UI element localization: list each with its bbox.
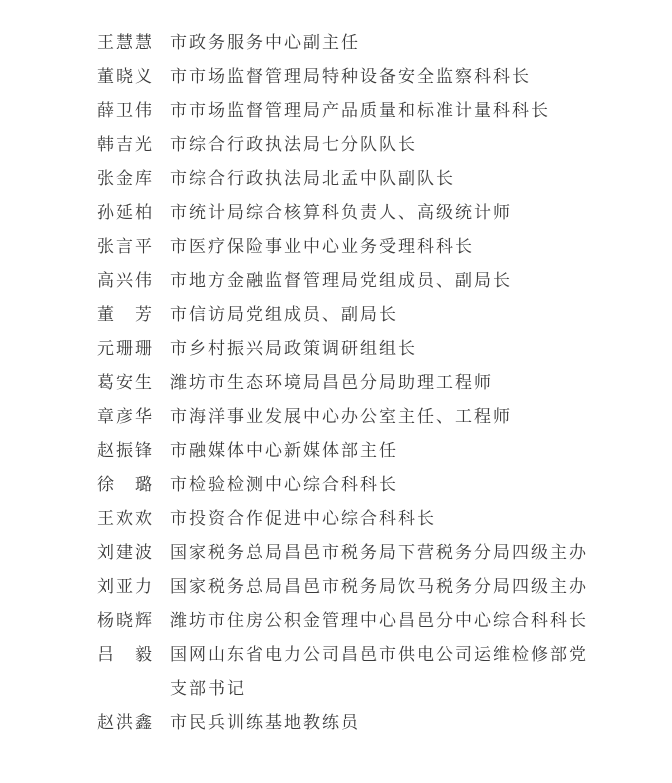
person-name: 元珊珊	[97, 332, 154, 366]
person-name: 刘亚力	[97, 570, 154, 604]
person-name: 赵振锋	[97, 434, 154, 468]
person-name: 高兴伟	[97, 264, 154, 298]
person-title: 市统计局综合核算科负责人、高级统计师	[170, 196, 594, 230]
person-title: 市融媒体中心新媒体部主任	[170, 434, 594, 468]
person-title: 国家税务总局昌邑市税务局饮马税务分局四级主办	[170, 570, 594, 604]
person-name: 董晓义	[97, 60, 154, 94]
person-title: 市医疗保险事业中心业务受理科科长	[170, 230, 594, 264]
person-title: 市市场监督管理局特种设备安全监察科科长	[170, 60, 594, 94]
person-title: 市地方金融监督管理局党组成员、副局长	[170, 264, 594, 298]
person-title: 市市场监督管理局产品质量和标准计量科科长	[170, 94, 594, 128]
person-name: 孙延柏	[97, 196, 154, 230]
person-title: 市综合行政执法局七分队队长	[170, 128, 594, 162]
person-title: 市综合行政执法局北孟中队副队长	[170, 162, 594, 196]
list-item: 章彦华 市海洋事业发展中心办公室主任、工程师	[97, 400, 597, 434]
list-item: 王欢欢 市投资合作促进中心综合科科长	[97, 502, 597, 536]
list-item: 董 芳 市信访局党组成员、副局长	[97, 298, 597, 332]
list-item: 徐 璐 市检验检测中心综合科科长	[97, 468, 597, 502]
list-item: 张金库 市综合行政执法局北孟中队副队长	[97, 162, 597, 196]
person-name: 徐 璐	[97, 468, 154, 502]
list-item: 张言平 市医疗保险事业中心业务受理科科长	[97, 230, 597, 264]
person-name: 董 芳	[97, 298, 154, 332]
person-title: 潍坊市生态环境局昌邑分局助理工程师	[170, 366, 594, 400]
person-title: 市海洋事业发展中心办公室主任、工程师	[170, 400, 594, 434]
person-title: 市乡村振兴局政策调研组组长	[170, 332, 594, 366]
person-name: 杨晓辉	[97, 604, 154, 638]
list-item: 吕 毅 国网山东省电力公司昌邑市供电公司运维检修部党支部书记	[97, 638, 597, 706]
person-name: 赵洪鑫	[97, 706, 154, 740]
person-title: 潍坊市住房公积金管理中心昌邑分中心综合科科长	[170, 604, 594, 638]
person-title: 市政务服务中心副主任	[170, 26, 594, 60]
list-item: 刘亚力 国家税务总局昌邑市税务局饮马税务分局四级主办	[97, 570, 597, 604]
list-item: 葛安生 潍坊市生态环境局昌邑分局助理工程师	[97, 366, 597, 400]
list-item: 王慧慧 市政务服务中心副主任	[97, 26, 597, 60]
person-name: 刘建波	[97, 536, 154, 570]
list-item: 董晓义 市市场监督管理局特种设备安全监察科科长	[97, 60, 597, 94]
person-name: 王欢欢	[97, 502, 154, 536]
person-name: 张言平	[97, 230, 154, 264]
person-name: 章彦华	[97, 400, 154, 434]
list-item: 元珊珊 市乡村振兴局政策调研组组长	[97, 332, 597, 366]
list-item: 杨晓辉 潍坊市住房公积金管理中心昌邑分中心综合科科长	[97, 604, 597, 638]
person-title: 市信访局党组成员、副局长	[170, 298, 594, 332]
document-page: 王慧慧 市政务服务中心副主任 董晓义 市市场监督管理局特种设备安全监察科科长 薛…	[0, 0, 672, 783]
person-name: 张金库	[97, 162, 154, 196]
person-name: 薛卫伟	[97, 94, 154, 128]
person-title: 国家税务总局昌邑市税务局下营税务分局四级主办	[170, 536, 594, 570]
person-title: 市检验检测中心综合科科长	[170, 468, 594, 502]
person-title: 市民兵训练基地教练员	[170, 706, 594, 740]
person-name: 王慧慧	[97, 26, 154, 60]
person-title: 国网山东省电力公司昌邑市供电公司运维检修部党支部书记	[170, 638, 594, 706]
list-item: 韩吉光 市综合行政执法局七分队队长	[97, 128, 597, 162]
person-name: 韩吉光	[97, 128, 154, 162]
award-roster-list: 王慧慧 市政务服务中心副主任 董晓义 市市场监督管理局特种设备安全监察科科长 薛…	[97, 26, 597, 740]
list-item: 孙延柏 市统计局综合核算科负责人、高级统计师	[97, 196, 597, 230]
list-item: 高兴伟 市地方金融监督管理局党组成员、副局长	[97, 264, 597, 298]
list-item: 赵洪鑫 市民兵训练基地教练员	[97, 706, 597, 740]
person-name: 葛安生	[97, 366, 154, 400]
person-title: 市投资合作促进中心综合科科长	[170, 502, 594, 536]
list-item: 薛卫伟 市市场监督管理局产品质量和标准计量科科长	[97, 94, 597, 128]
person-name: 吕 毅	[97, 638, 154, 672]
list-item: 刘建波 国家税务总局昌邑市税务局下营税务分局四级主办	[97, 536, 597, 570]
list-item: 赵振锋 市融媒体中心新媒体部主任	[97, 434, 597, 468]
